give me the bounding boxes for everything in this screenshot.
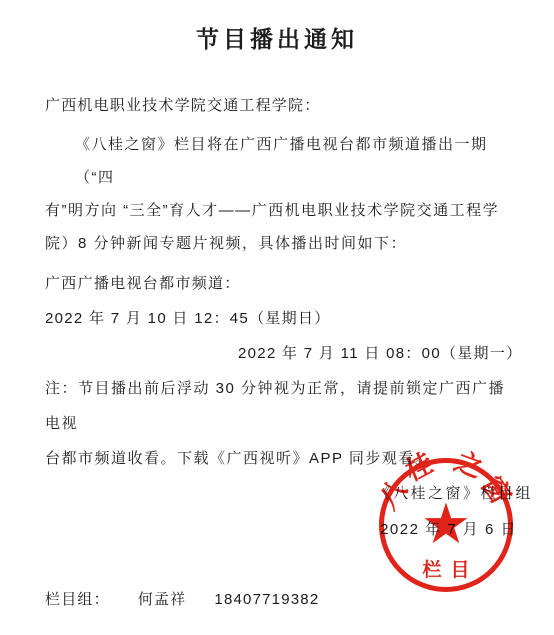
body-paragraph: 《八桂之窗》栏目将在广西广播电视台都市频道播出一期（“四 有”明方向 “三全”育… — [45, 128, 515, 260]
page-title: 节目播出通知 — [0, 21, 554, 54]
schedule-line: 广西广播电视台都市频道：2022 年 7 月 10 日 12：45（星期日） — [45, 266, 525, 336]
notice-document: 节目播出通知 广西机电职业技术学院交通工程学院： 《八桂之窗》栏目将在广西广播电… — [0, 0, 554, 635]
contact-phone: 18407719382 — [214, 591, 319, 608]
broadcast-time: 2022 年 7 月 11 日 08：00（星期一） — [238, 345, 522, 362]
broadcast-channel-label: 广西广播电视台都市频道： — [45, 275, 241, 292]
stamp-bottom-text: 栏目 — [379, 555, 513, 582]
paragraph-line: 《八桂之窗》栏目将在广西广播电视台都市频道播出一期（“四 — [45, 128, 515, 194]
star-icon: ★ — [421, 496, 471, 552]
contact-name: 何孟祥 — [138, 591, 187, 608]
note-line: 注：节目播出前后浮动 30 分钟视为正常，请提前锁定广西广播电视 — [45, 371, 515, 441]
salutation: 广西机电职业技术学院交通工程学院： — [45, 94, 320, 115]
footer-label: 栏目组： — [45, 591, 110, 608]
contact-footer: 栏目组：何孟祥18407719382 — [45, 588, 319, 609]
official-stamp: 八 桂 之 窗 ★ 栏目 — [379, 458, 513, 592]
paragraph-line: 有”明方向 “三全”育人才——广西机电职业技术学院交通工程学 — [45, 194, 515, 227]
broadcast-time: 2022 年 7 月 10 日 12：45（星期日） — [45, 310, 331, 327]
broadcast-schedule: 广西广播电视台都市频道：2022 年 7 月 10 日 12：45（星期日） 2… — [45, 266, 525, 371]
paragraph-line: 院）8 分钟新闻专题片视频，具体播出时间如下： — [45, 227, 515, 260]
schedule-line: 2022 年 7 月 11 日 08：00（星期一） — [45, 336, 525, 371]
